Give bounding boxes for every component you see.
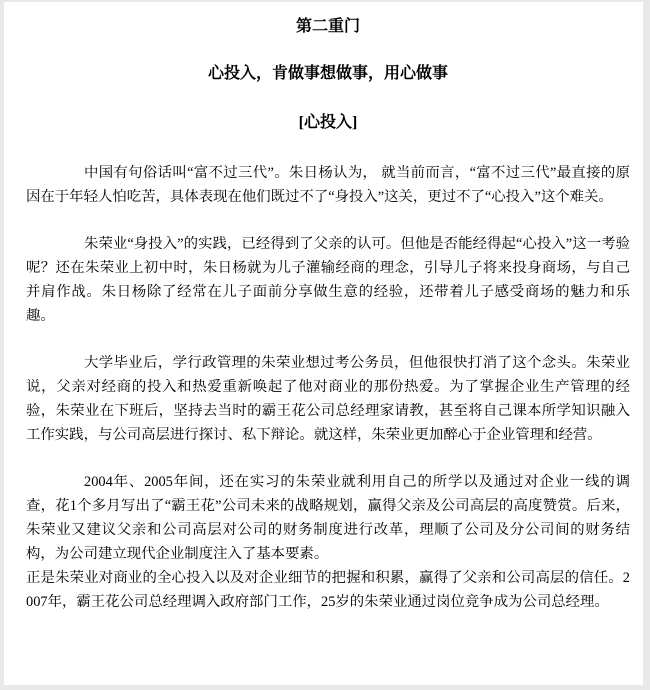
paragraph-2: 朱荣业“身投入”的实践，已经得到了父亲的认可。但他是否能经得起“心投入”这一考验… (26, 232, 630, 328)
paragraph-1: 中国有句俗话叫“富不过三代”。朱日杨认为， 就当前而言，“富不过三代”最直接的原… (26, 161, 630, 209)
paragraph-3: 大学毕业后，学行政管理的朱荣业想过考公务员，但他很快打消了这个念头。朱荣业说，父… (26, 351, 630, 447)
chapter-subtitle: 心投入，肯做事想做事，用心做事 (26, 62, 630, 86)
section-heading: [心投入] (26, 111, 630, 135)
document-page: 第二重门 心投入，肯做事想做事，用心做事 [心投入] 中国有句俗话叫“富不过三代… (4, 2, 643, 685)
paragraph-5: 正是朱荣业对商业的全心投入以及对企业细节的把握和积累，赢得了父亲和公司高层的信任… (26, 566, 630, 614)
chapter-title: 第二重门 (26, 15, 630, 39)
paragraph-4: 2004年、2005年间，还在实习的朱荣业就利用自己的所学以及通过对企业一线的调… (26, 470, 630, 566)
document-content: 第二重门 心投入，肯做事想做事，用心做事 [心投入] 中国有句俗话叫“富不过三代… (26, 15, 630, 614)
